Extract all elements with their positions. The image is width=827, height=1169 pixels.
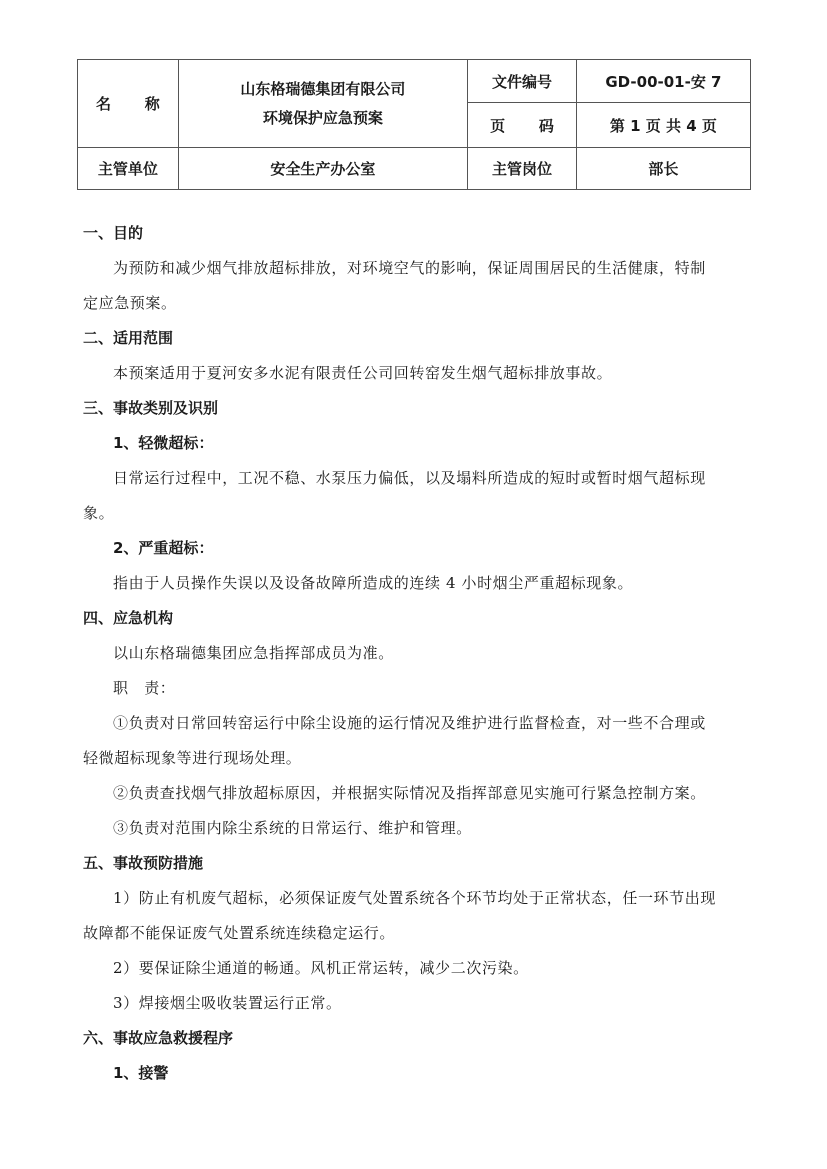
post-label: 主管岗位 <box>468 148 577 190</box>
duty-3: ③负责对范围内除尘系统的日常运行、维护和管理。 <box>113 818 472 838</box>
dept-label: 主管单位 <box>78 148 179 190</box>
document-title-cell: 山东格瑞德集团有限公司 环境保护应急预案 <box>178 60 467 148</box>
page-label-cell: 页 码 <box>468 103 577 148</box>
document-title-line-2: 环境保护应急预案 <box>179 104 467 133</box>
name-label-cell: 名 称 <box>78 60 179 148</box>
section-heading-prevention: 五、事故预防措施 <box>83 853 203 873</box>
document-header-table: 名 称 山东格瑞德集团有限公司 环境保护应急预案 文件编号 GD-00-01-安… <box>77 59 751 190</box>
page-value: 第 1 页 共 4 页 <box>576 103 750 148</box>
prevention-1-line-1: 1）防止有机废气超标，必须保证废气处置系统各个环节均处于正常状态，任一环节出现 <box>113 888 716 908</box>
doc-no-value: GD-00-01-安 7 <box>576 60 750 103</box>
paragraph-scope: 本预案适用于夏河安多水泥有限责任公司回转窑发生烟气超标排放事故。 <box>113 363 612 383</box>
duty-2: ②负责查找烟气排放超标原因，并根据实际情况及指挥部意见实施可行紧急控制方案。 <box>113 783 706 803</box>
post-value: 部长 <box>576 148 750 190</box>
paragraph-purpose-line-2: 定应急预案。 <box>83 293 177 313</box>
prevention-3: 3）焊接烟尘吸收装置运行正常。 <box>113 993 342 1013</box>
name-label-char-2: 称 <box>145 93 160 114</box>
duty-1-line-2: 轻微超标现象等进行现场处理。 <box>83 748 301 768</box>
subheading-minor-exceed: 1、轻微超标： <box>113 433 213 453</box>
dept-value: 安全生产办公室 <box>178 148 467 190</box>
prevention-1-line-2: 故障都不能保证废气处置系统连续稳定运行。 <box>83 923 395 943</box>
paragraph-minor-line-1: 日常运行过程中，工况不稳、水泵压力偏低，以及塌料所造成的短时或暂时烟气超标现 <box>113 468 706 488</box>
subheading-receive-alarm: 1、接警 <box>113 1063 168 1083</box>
document-page: 名 称 山东格瑞德集团有限公司 环境保护应急预案 文件编号 GD-00-01-安… <box>0 0 827 1169</box>
paragraph-minor-line-2: 象。 <box>83 503 114 523</box>
page-label-char-1: 页 <box>490 115 505 136</box>
page-label-char-2: 码 <box>539 115 554 136</box>
document-title-line-1: 山东格瑞德集团有限公司 <box>179 75 467 104</box>
section-heading-organization: 四、应急机构 <box>83 608 173 628</box>
section-heading-purpose: 一、目的 <box>83 223 143 243</box>
section-heading-scope: 二、适用范围 <box>83 328 173 348</box>
prevention-2: 2）要保证除尘通道的畅通。风机正常运转，减少二次污染。 <box>113 958 529 978</box>
duty-1-line-1: ①负责对日常回转窑运行中除尘设施的运行情况及维护进行监督检查，对一些不合理或 <box>113 713 706 733</box>
name-label-char-1: 名 <box>96 93 111 114</box>
duties-label: 职 责： <box>113 678 175 698</box>
subheading-severe-exceed: 2、严重超标： <box>113 538 213 558</box>
paragraph-severe: 指由于人员操作失误以及设备故障所造成的连续 4 小时烟尘严重超标现象。 <box>113 573 633 593</box>
paragraph-organization: 以山东格瑞德集团应急指挥部成员为准。 <box>113 643 394 663</box>
doc-no-label: 文件编号 <box>468 60 577 103</box>
paragraph-purpose-line-1: 为预防和减少烟气排放超标排放，对环境空气的影响，保证周围居民的生活健康，特制 <box>113 258 748 278</box>
section-heading-classification: 三、事故类别及识别 <box>83 398 218 418</box>
section-heading-rescue-procedure: 六、事故应急救援程序 <box>83 1028 233 1048</box>
